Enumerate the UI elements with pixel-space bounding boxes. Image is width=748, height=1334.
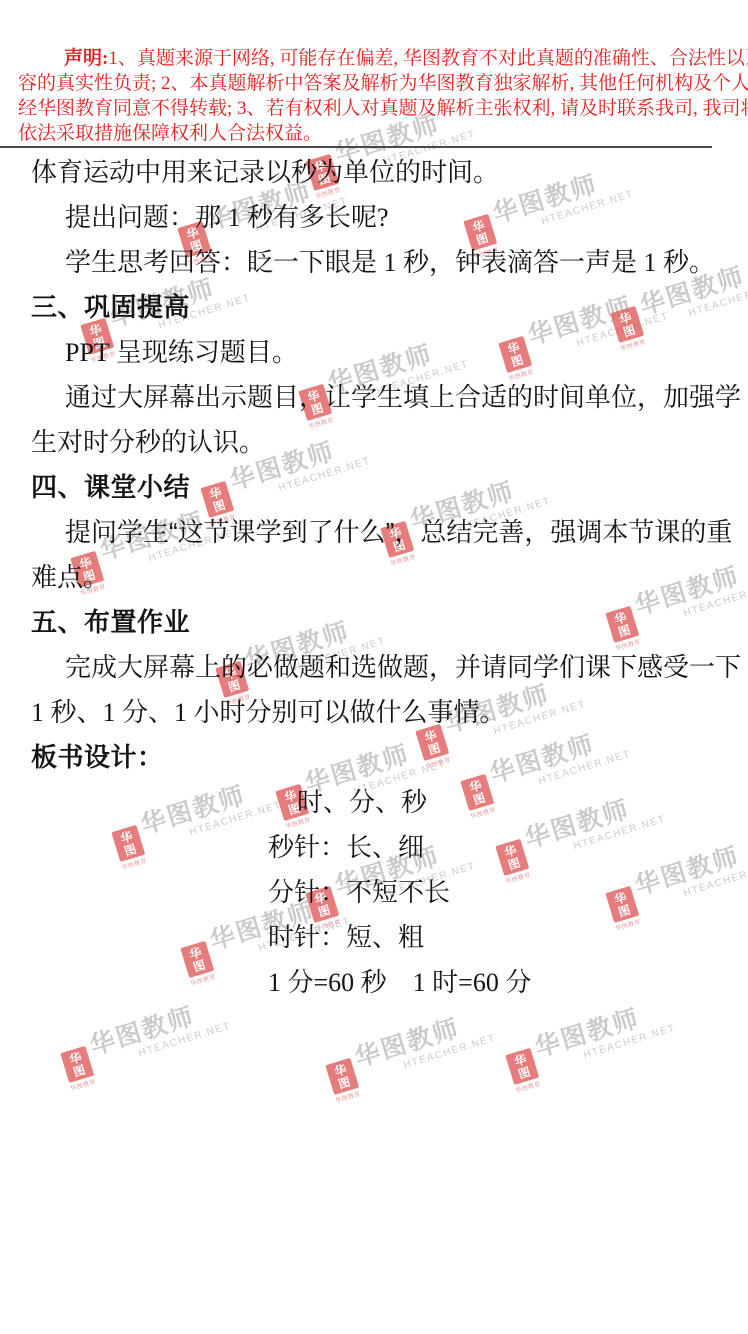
doc-line: 学生思考回答：眨一下眼是 1 秒，钟表滴答一声是 1 秒。 — [31, 240, 728, 285]
doc-line: 1 秒、1 分、1 小时分别可以做什么事情。 — [31, 690, 728, 735]
section-heading: 三、巩固提高 — [31, 285, 728, 330]
board-line: 1 分=60 秒 1 时=60 分 — [268, 960, 728, 1005]
huatu-logo-chars: 华图 — [325, 1058, 359, 1095]
watermark-text: 华图教师 — [350, 999, 494, 1074]
board-line: 分针：不短不长 — [268, 870, 728, 915]
huatu-logo-icon: 华图 华图教育 — [504, 1048, 542, 1095]
disclaimer-line: 经华图教育同意不得转载; 3、若有权利人对真题及解析主张权利, 请及时联系我司,… — [18, 96, 728, 121]
doc-line: 难点。 — [31, 555, 728, 600]
board-line: 时针：短、粗 — [268, 915, 728, 960]
huatu-logo-subtext: 华图教育 — [334, 1088, 362, 1105]
doc-line: 完成大屏幕上的必做题和选做题，并请同学们课下感受一下 — [31, 645, 728, 690]
board-line: 时、分、秒 — [297, 780, 728, 825]
huatu-logo-chars: 华图 — [505, 1048, 539, 1085]
watermark-domain: HTEACHER.NET — [402, 1033, 497, 1072]
section-heading: 五、布置作业 — [31, 600, 728, 645]
disclaimer-line-text: 1、真题来源于网络, 可能存在偏差, 华图教育不对此真题的准确性、合法性以及内 — [108, 48, 748, 69]
section-heading: 板书设计： — [31, 735, 728, 780]
watermark: 华图 华图教育 华图教师 HTEACHER.NET — [499, 989, 680, 1095]
doc-line: 通过大屏幕出示题目，让学生填上合适的时间单位，加强学 — [31, 375, 728, 420]
section-heading: 四、课堂小结 — [31, 465, 728, 510]
watermark-text-block: 华图教师 HTEACHER.NET — [350, 999, 497, 1084]
huatu-logo-subtext: 华图教育 — [69, 1076, 97, 1093]
board-line: 秒针：长、细 — [268, 825, 728, 870]
watermark-domain: HTEACHER.NET — [582, 1023, 677, 1062]
doc-line: 提出问题：那 1 秒有多长呢? — [31, 195, 728, 240]
disclaimer-line: 声明:1、真题来源于网络, 可能存在偏差, 华图教育不对此真题的准确性、合法性以… — [18, 46, 728, 71]
watermark: 华图 华图教育 华图教师 HTEACHER.NET — [319, 999, 500, 1105]
divider — [0, 146, 712, 148]
document-body: 体育运动中用来记录以秒为单位的时间。 提出问题：那 1 秒有多长呢? 学生思考回… — [31, 150, 728, 1005]
doc-line: PPT 呈现练习题目。 — [31, 330, 728, 375]
huatu-logo-icon: 华图 华图教育 — [59, 1046, 97, 1093]
huatu-logo-icon: 华图 华图教育 — [324, 1058, 362, 1105]
huatu-logo-chars: 华图 — [60, 1046, 94, 1083]
watermark-domain: HTEACHER.NET — [137, 1021, 232, 1060]
doc-line: 体育运动中用来记录以秒为单位的时间。 — [31, 150, 728, 195]
doc-line: 提问学生“这节课学到了什么”，总结完善，强调本节课的重 — [31, 510, 728, 555]
document-page: 华图 华图教育 华图教师 HTEACHER.NET 华图 华图教育 华图教师 H… — [0, 0, 748, 1334]
disclaimer: 声明:1、真题来源于网络, 可能存在偏差, 华图教育不对此真题的准确性、合法性以… — [18, 46, 728, 146]
doc-line: 生对时分秒的认识。 — [31, 420, 728, 465]
disclaimer-prefix: 声明: — [64, 48, 108, 69]
huatu-logo-subtext: 华图教育 — [514, 1078, 542, 1095]
disclaimer-line: 容的真实性负责; 2、本真题解析中答案及解析为华图教育独家解析, 其他任何机构及… — [18, 71, 728, 96]
disclaimer-line: 依法采取措施保障权利人合法权益。 — [18, 121, 728, 146]
